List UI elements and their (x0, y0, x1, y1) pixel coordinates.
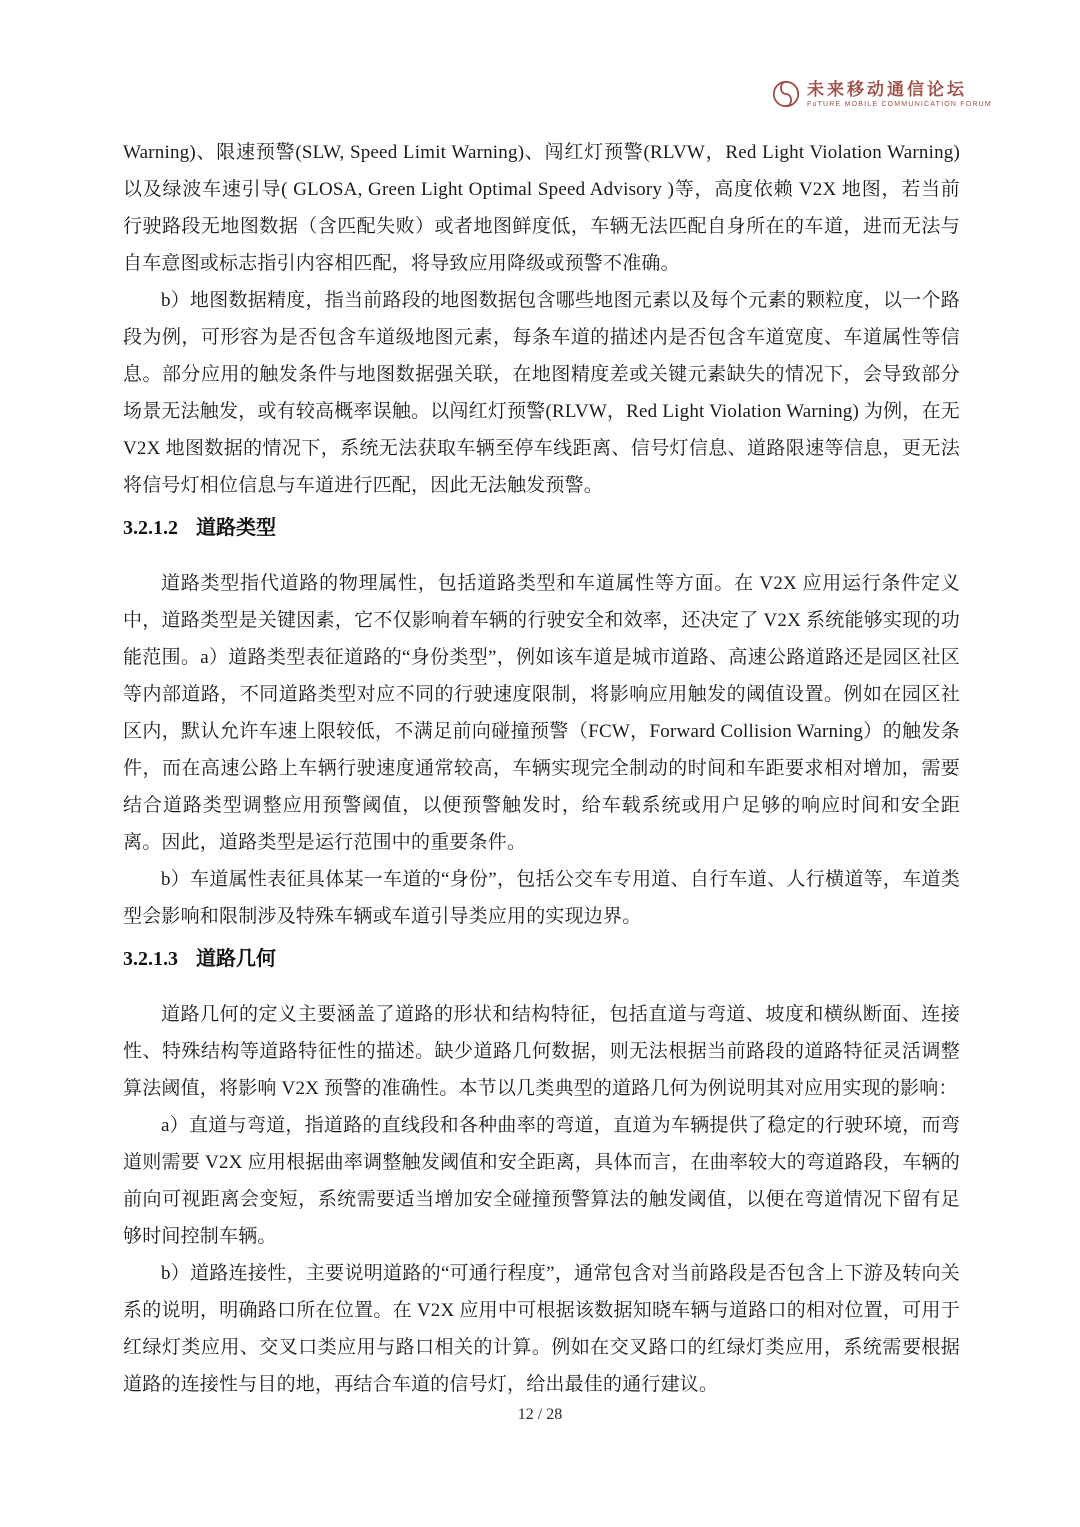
section-number: 3.2.1.3 (123, 948, 178, 970)
paragraph-road-type-b: b）车道属性表征具体某一车道的“身份”，包括公交车专用道、自行车道、人行横道等，… (123, 861, 960, 935)
document-body: Warning)、限速预警(SLW, Speed Limit Warning)、… (123, 134, 960, 1403)
paragraph-map-precision: b）地图数据精度，指当前路段的地图数据包含哪些地图元素以及每个元素的颗粒度，以一… (123, 282, 960, 504)
section-title: 道路类型 (196, 517, 276, 539)
paragraph-map-dependency: Warning)、限速预警(SLW, Speed Limit Warning)、… (123, 134, 960, 282)
forum-logo-icon (772, 80, 800, 108)
forum-logo-text: 未来移动通信论坛 FuTURE MOBILE COMMUNICATION FOR… (807, 81, 992, 108)
paragraph-road-geometry-b: b）道路连接性，主要说明道路的“可通行程度”，通常包含对当前路段是否包含上下游及… (123, 1255, 960, 1403)
forum-logo: 未来移动通信论坛 FuTURE MOBILE COMMUNICATION FOR… (772, 80, 992, 108)
page-footer: 12 / 28 (0, 1406, 1080, 1424)
section-heading-road-type: 3.2.1.2道路类型 (123, 510, 960, 547)
section-heading-road-geometry: 3.2.1.3道路几何 (123, 941, 960, 978)
logo-subtitle: FuTURE MOBILE COMMUNICATION FORUM (807, 101, 992, 108)
section-number: 3.2.1.2 (123, 517, 178, 539)
paragraph-road-geometry-intro: 道路几何的定义主要涵盖了道路的形状和结构特征，包括直道与弯道、坡度和横纵断面、连… (123, 996, 960, 1107)
paragraph-road-type-a: 道路类型指代道路的物理属性，包括道路类型和车道属性等方面。在 V2X 应用运行条… (123, 565, 960, 861)
page-header: 未来移动通信论坛 FuTURE MOBILE COMMUNICATION FOR… (0, 0, 1080, 130)
page-number: 12 / 28 (518, 1406, 562, 1423)
document-page: 未来移动通信论坛 FuTURE MOBILE COMMUNICATION FOR… (0, 0, 1080, 1527)
logo-title: 未来移动通信论坛 (807, 81, 992, 98)
section-title: 道路几何 (196, 948, 276, 970)
paragraph-road-geometry-a: a）直道与弯道，指道路的直线段和各种曲率的弯道，直道为车辆提供了稳定的行驶环境，… (123, 1107, 960, 1255)
